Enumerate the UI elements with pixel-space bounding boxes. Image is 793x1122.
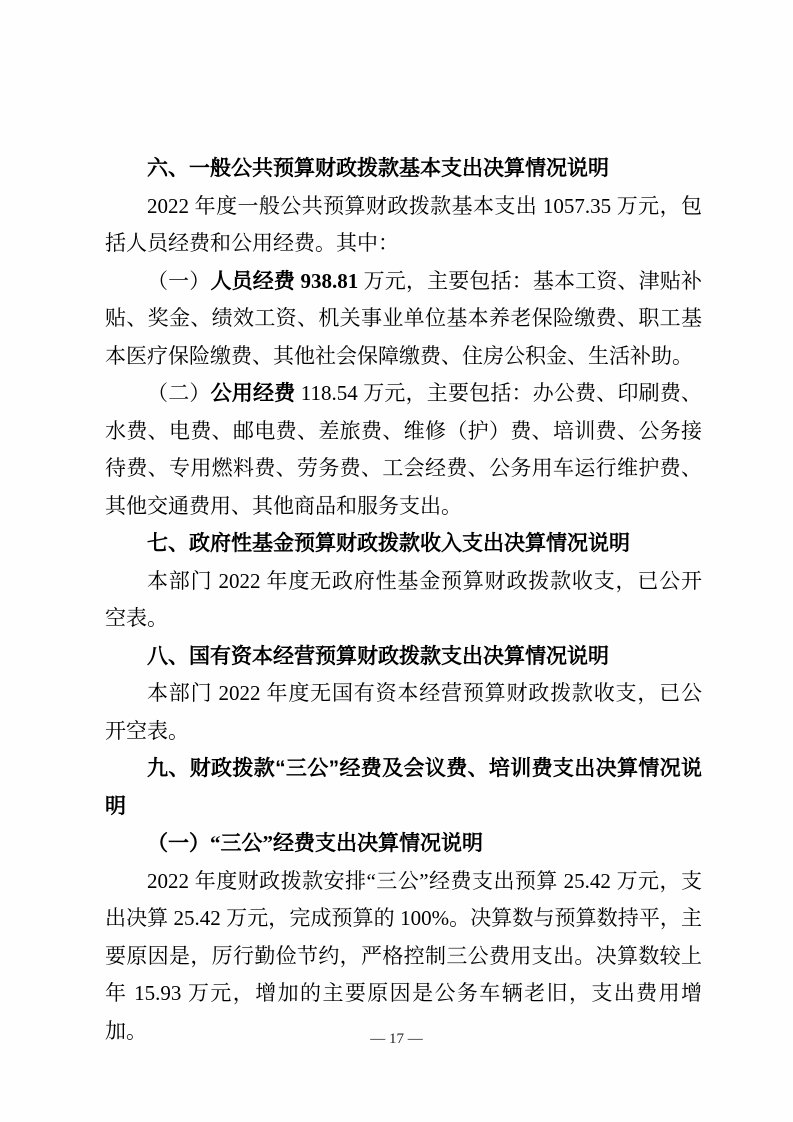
section-heading-6: 六、一般公共预算财政拨款基本支出决算情况说明 bbox=[105, 150, 702, 188]
section-heading-8: 八、国有资本经营预算财政拨款支出决算情况说明 bbox=[105, 638, 702, 676]
section-heading-9: 九、财政拨款“三公”经费及会议费、培训费支出决算情况说明 bbox=[105, 750, 702, 825]
document-page: 六、一般公共预算财政拨款基本支出决算情况说明 2022 年度一般公共预算财政拨款… bbox=[0, 0, 793, 1122]
paragraph-public-expense: （二）公用经费 118.54 万元，主要包括：办公费、印刷费、水费、电费、邮电费… bbox=[105, 375, 702, 525]
item-prefix: （一） bbox=[147, 269, 210, 293]
item-prefix: （二） bbox=[147, 381, 211, 405]
paragraph-gov-fund: 本部门 2022 年度无政府性基金预算财政拨款收支，已公开空表。 bbox=[105, 563, 702, 638]
paragraph-three-public-expense: 2022 年度财政拨款安排“三公”经费支出预算 25.42 万元，支出决算 25… bbox=[105, 863, 702, 1051]
section-heading-7: 七、政府性基金预算财政拨款收入支出决算情况说明 bbox=[105, 525, 702, 563]
subsection-heading-three-public: （一）“三公”经费支出决算情况说明 bbox=[105, 825, 702, 863]
paragraph-state-capital: 本部门 2022 年度无国有资本经营预算财政拨款收支，已公开空表。 bbox=[105, 675, 702, 750]
document-body: 六、一般公共预算财政拨款基本支出决算情况说明 2022 年度一般公共预算财政拨款… bbox=[105, 150, 702, 1050]
page-number: — 17 — bbox=[0, 1031, 793, 1048]
paragraph-personnel-expense: （一）人员经费 938.81 万元，主要包括：基本工资、津贴补贴、奖金、绩效工资… bbox=[105, 263, 702, 376]
personnel-expense-label: 人员经费 938.81 bbox=[210, 269, 358, 293]
paragraph-basic-expense-summary: 2022 年度一般公共预算财政拨款基本支出 1057.35 万元，包括人员经费和… bbox=[105, 188, 702, 263]
public-expense-label: 公用经费 bbox=[211, 381, 296, 405]
